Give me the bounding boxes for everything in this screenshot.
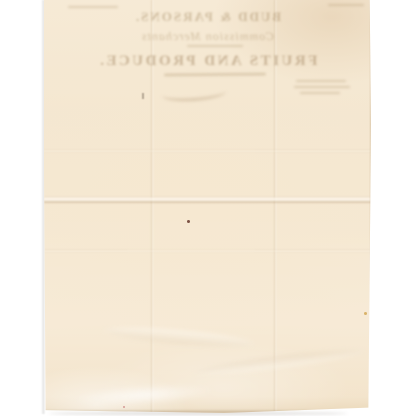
photo-of-document: BUDD & PARSONS. Commission Merchants FRU… bbox=[0, 0, 416, 416]
paper-speck bbox=[364, 312, 367, 315]
bleedthrough-corner-note-left bbox=[68, 6, 118, 8]
bleedthrough-ink-tick bbox=[142, 93, 144, 99]
fold-crease-horizontal-lower bbox=[44, 249, 371, 253]
bleedthrough-tagline: Commission Merchants bbox=[44, 29, 371, 44]
fold-crease-horizontal-middle bbox=[44, 196, 371, 204]
bleedthrough-right-block-line bbox=[296, 80, 346, 82]
bleedthrough-illegible-line bbox=[187, 45, 243, 47]
wrinkle-streak bbox=[104, 323, 255, 350]
wrinkle-streak bbox=[194, 346, 364, 379]
bleedthrough-company-name: BUDD & PARSONS. bbox=[44, 9, 371, 25]
fold-crease-horizontal-upper bbox=[44, 149, 371, 153]
bleedthrough-product-line: FRUITS AND PRODUCE. bbox=[44, 53, 371, 70]
bleedthrough-right-block-line bbox=[300, 92, 340, 94]
bleedthrough-illegible-address-line bbox=[164, 73, 266, 77]
paper-right-edge-shade bbox=[369, 0, 371, 413]
bleedthrough-right-block-line bbox=[294, 86, 350, 88]
bleedthrough-corner-note-right bbox=[328, 4, 364, 6]
bleedthrough-script-flourish bbox=[162, 84, 227, 103]
paper-document-back: BUDD & PARSONS. Commission Merchants FRU… bbox=[44, 0, 371, 413]
wrinkle-highlight bbox=[73, 380, 214, 410]
paper-speck bbox=[187, 220, 190, 223]
paper-speck bbox=[123, 406, 125, 408]
